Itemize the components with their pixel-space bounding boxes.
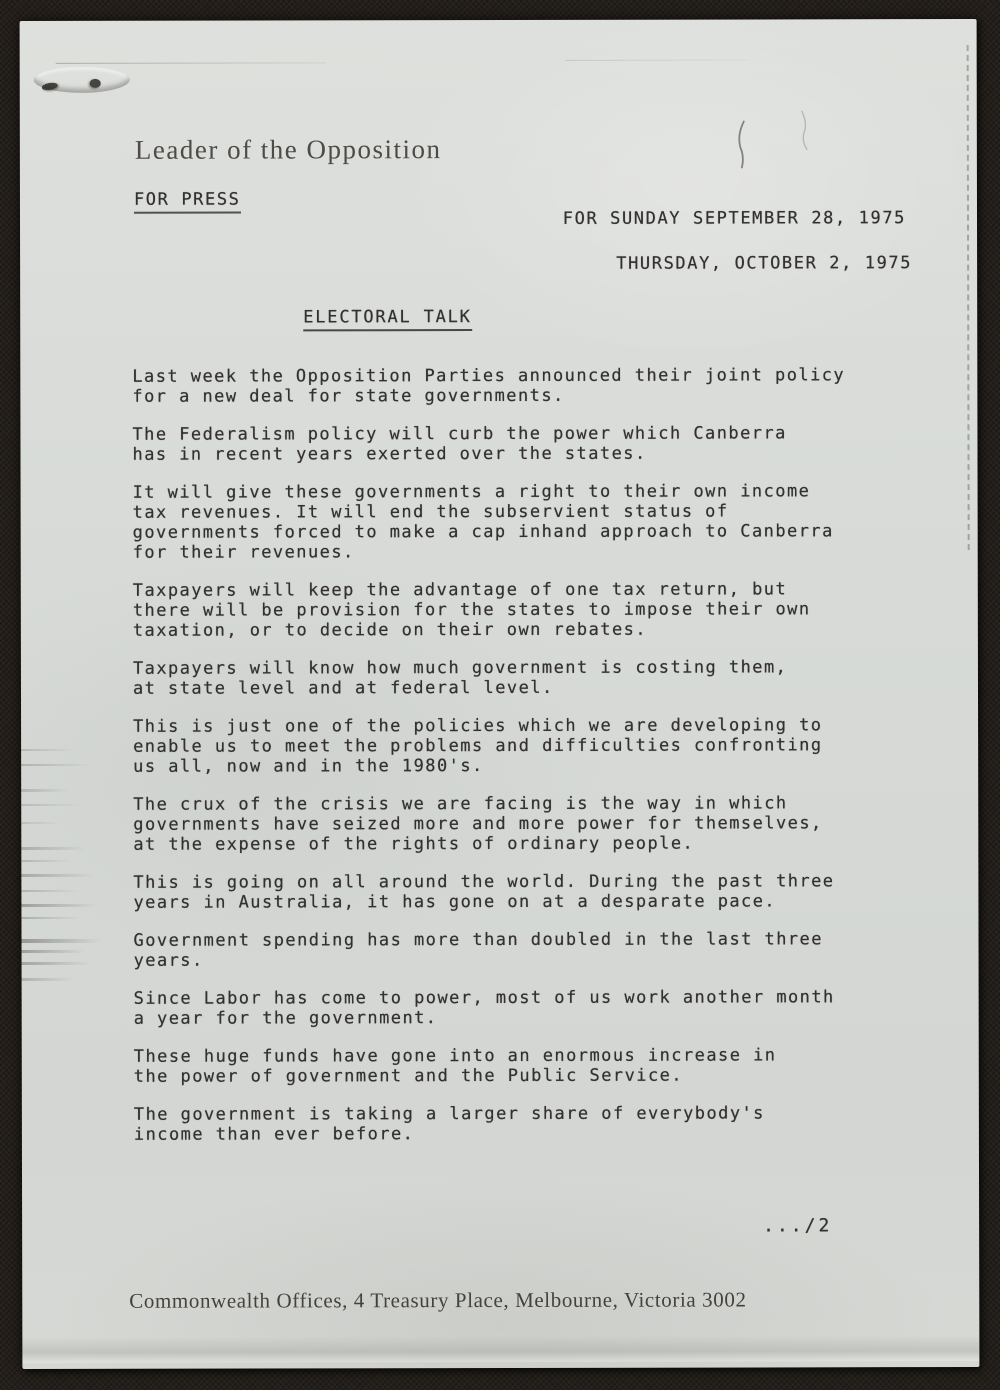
- paragraph: These huge funds have gone into an enorm…: [134, 1045, 934, 1087]
- document-body: Last week the Opposition Parties announc…: [132, 365, 934, 1163]
- smudge-mark: [21, 804, 83, 806]
- paper-crease: [565, 59, 750, 60]
- paragraph: The government is taking a larger share …: [134, 1103, 934, 1145]
- scan-smudges: [20, 21, 143, 1369]
- paragraph: This is just one of the policies which w…: [133, 715, 933, 777]
- smudge-mark: [22, 950, 86, 953]
- smudge-mark: [21, 904, 97, 907]
- paragraph: Government spending has more than double…: [133, 929, 933, 971]
- footer-address: Commonwealth Offices, 4 Treasury Place, …: [129, 1287, 746, 1313]
- paragraph: Last week the Opposition Parties announc…: [132, 365, 932, 407]
- document-title: ELECTORAL TALK: [303, 307, 472, 331]
- document-page: Leader of the Opposition FOR PRESS FOR S…: [20, 19, 980, 1369]
- paragraph: Taxpayers will keep the advantage of one…: [133, 579, 933, 641]
- pen-stroke-mark: [698, 107, 838, 187]
- paragraph: It will give these governments a right t…: [133, 481, 933, 563]
- paragraph: Since Labor has come to power, most of u…: [134, 987, 934, 1029]
- smudge-mark: [21, 890, 79, 892]
- smudge-mark: [21, 874, 93, 877]
- smudge-mark: [21, 860, 71, 862]
- smudge-mark: [21, 847, 87, 850]
- smudge-mark: [22, 962, 92, 965]
- smudge-mark: [21, 917, 81, 919]
- release-date-secondary: THURSDAY, OCTOBER 2, 1975: [616, 253, 912, 274]
- paper-bottom-fold: [22, 1335, 979, 1363]
- release-date-primary: FOR SUNDAY SEPTEMBER 28, 1975: [563, 208, 906, 229]
- smudge-mark: [21, 789, 69, 792]
- letterhead-title: Leader of the Opposition: [135, 134, 442, 166]
- paragraph: The Federalism policy will curb the powe…: [132, 423, 932, 465]
- smudge-mark: [21, 764, 91, 766]
- page-continuation-marker: .../2: [763, 1215, 832, 1236]
- smudge-mark: [21, 822, 61, 824]
- for-press-label: FOR PRESS: [134, 190, 241, 214]
- paragraph: This is going on all around the world. D…: [133, 871, 933, 913]
- scan-background: Leader of the Opposition FOR PRESS FOR S…: [0, 0, 1000, 1390]
- smudge-mark: [22, 939, 102, 943]
- smudge-mark: [22, 978, 74, 981]
- scan-edge-line: [967, 45, 970, 550]
- paragraph: Taxpayers will know how much government …: [133, 657, 933, 699]
- paragraph: The crux of the crisis we are facing is …: [133, 793, 933, 855]
- smudge-mark: [21, 749, 76, 751]
